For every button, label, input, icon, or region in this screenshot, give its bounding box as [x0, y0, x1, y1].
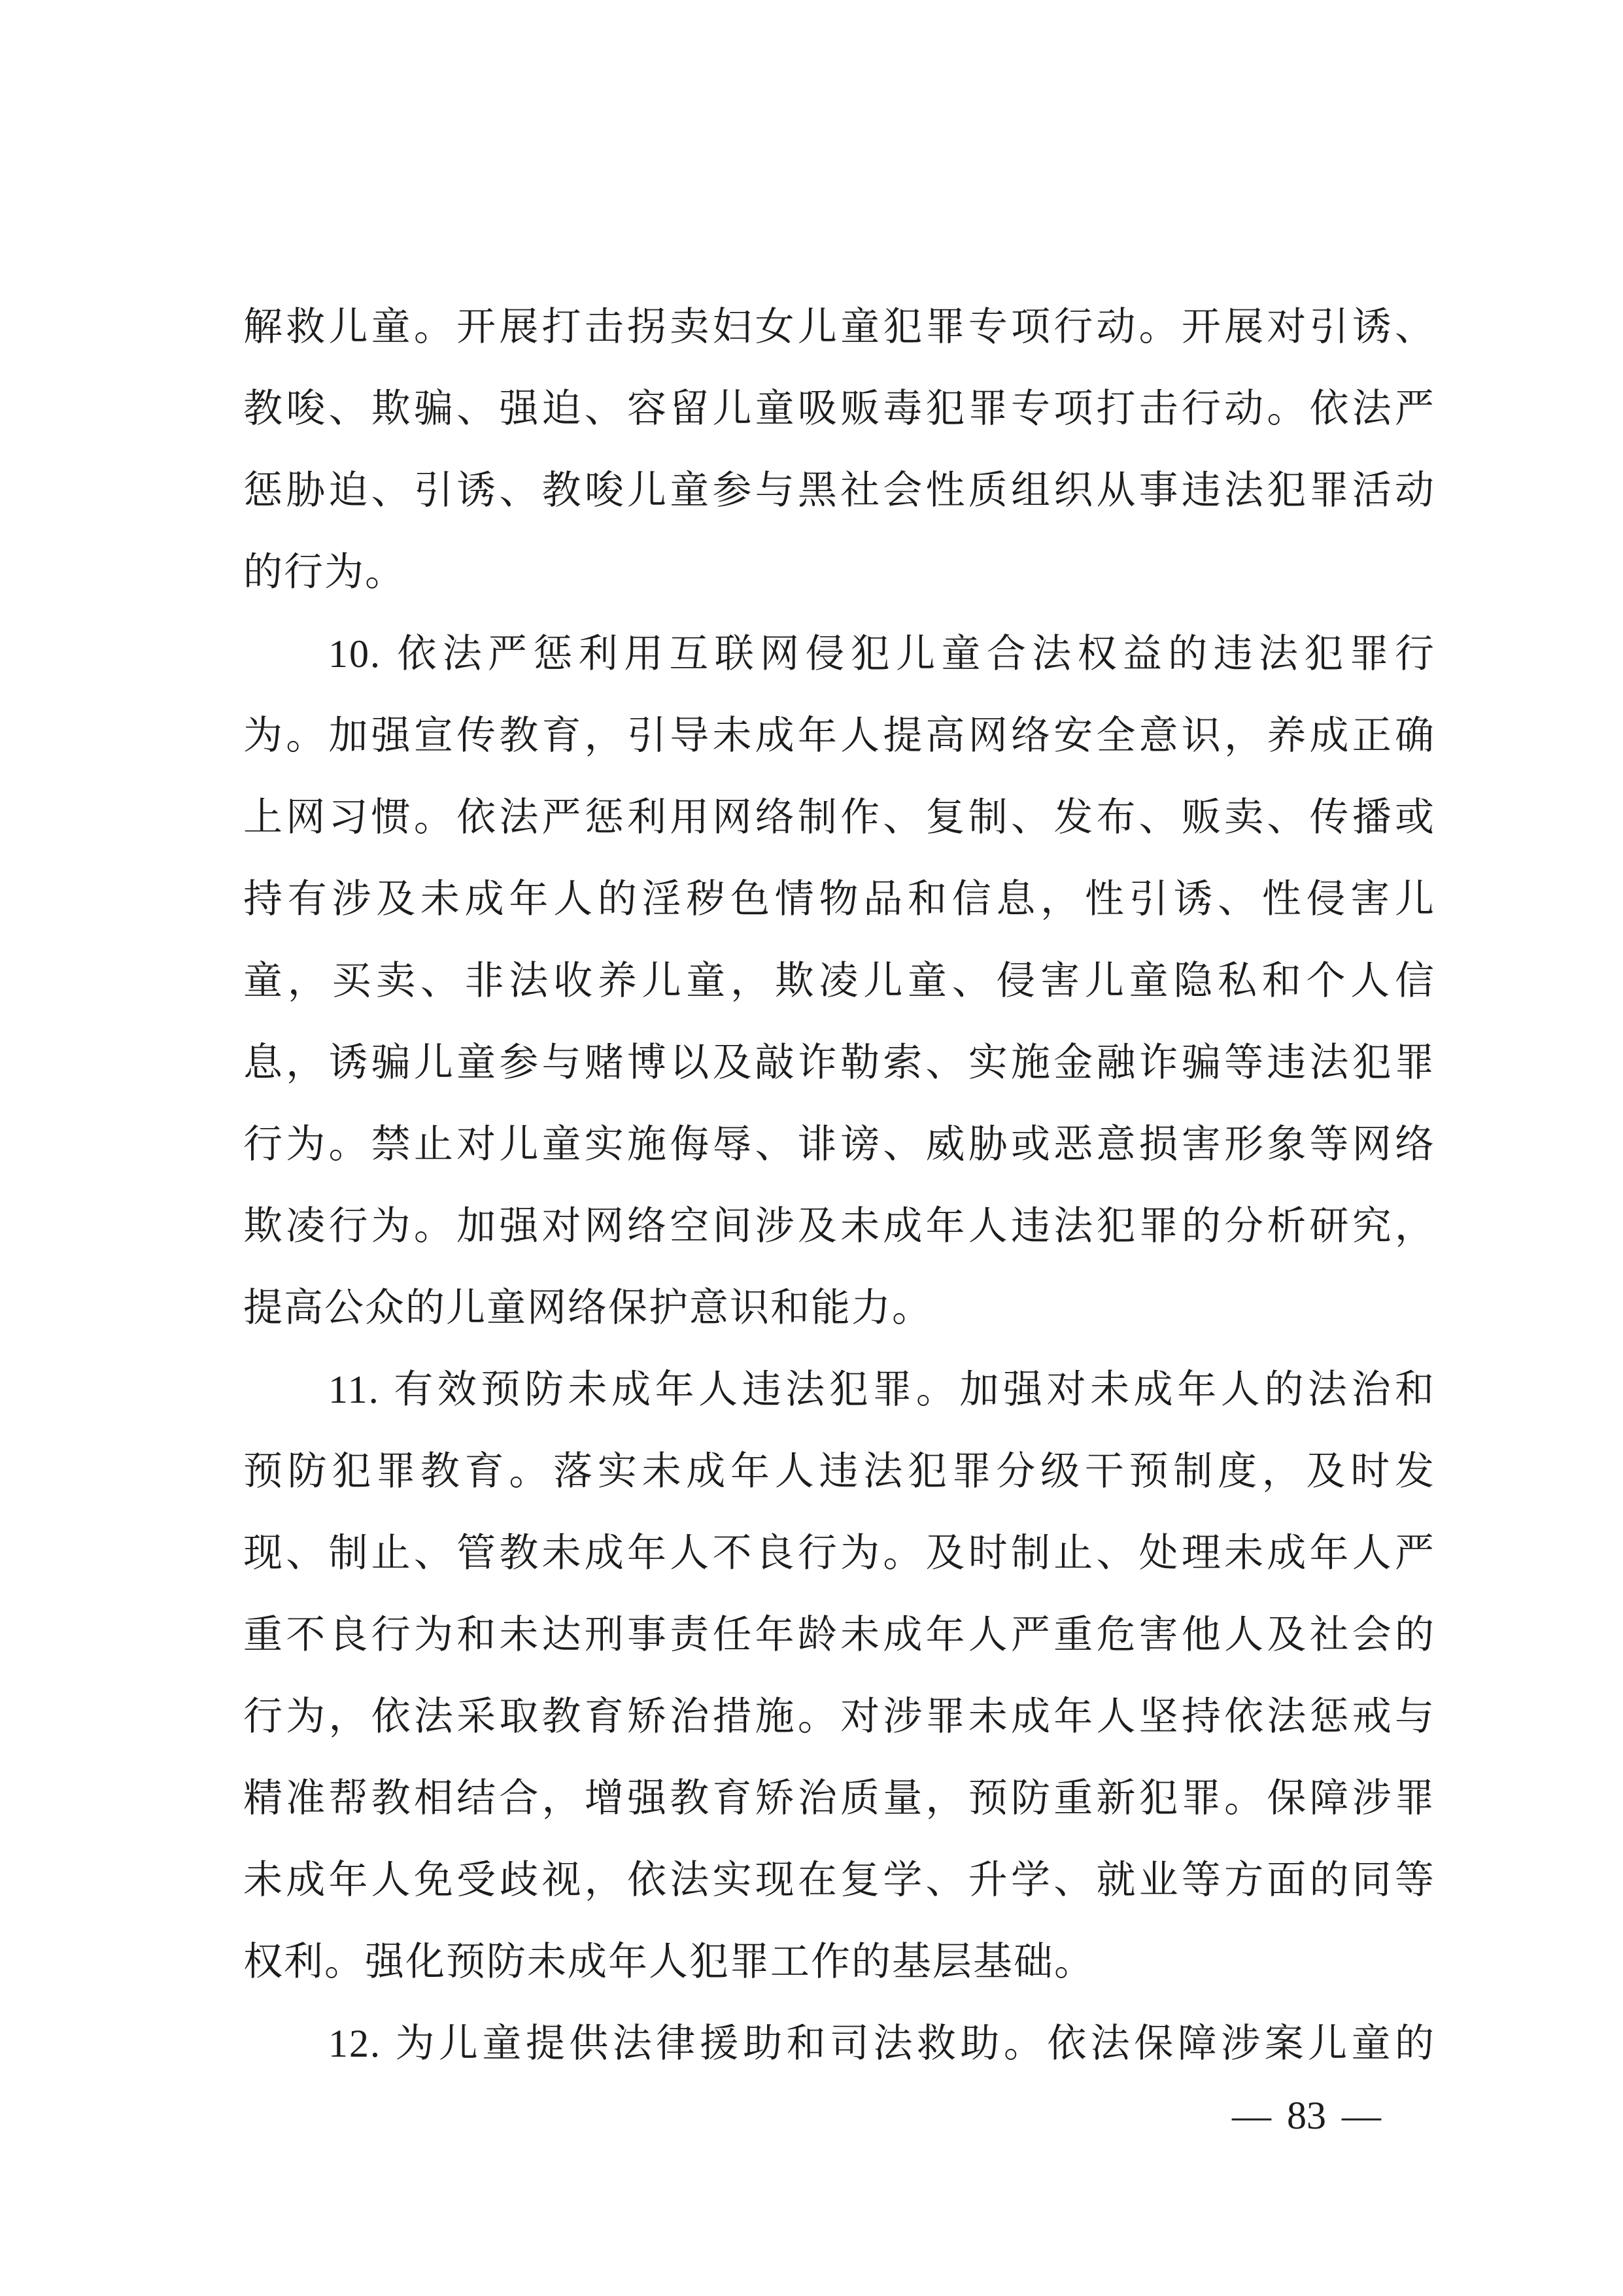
- text-line: 行为。禁止对儿童实施侮辱、诽谤、威胁或恶意损害形象等网络: [243, 1104, 1435, 1186]
- text-line: 未成年人免受歧视，依法实现在复学、升学、就业等方面的同等: [243, 1840, 1435, 1921]
- text-line: 提高公众的儿童网络保护意识和能力。: [243, 1267, 1435, 1349]
- text-line: 10. 依法严惩利用互联网侵犯儿童合法权益的违法犯罪行: [243, 613, 1435, 695]
- text-line: 息，诱骗儿童参与赌博以及敲诈勒索、实施金融诈骗等违法犯罪: [243, 1022, 1435, 1104]
- text-line: 精准帮教相结合，增强教育矫治质量，预防重新犯罪。保障涉罪: [243, 1758, 1435, 1840]
- text-line: 12. 为儿童提供法律援助和司法救助。依法保障涉案儿童的: [243, 2003, 1435, 2085]
- text-line: 童，买卖、非法收养儿童，欺凌儿童、侵害儿童隐私和个人信: [243, 940, 1435, 1022]
- text-line: 教唆、欺骗、强迫、容留儿童吸贩毒犯罪专项打击行动。依法严: [243, 368, 1435, 450]
- text-line: 持有涉及未成年人的淫秽色情物品和信息，性引诱、性侵害儿: [243, 859, 1435, 940]
- footer-dash-right: —: [1342, 2093, 1381, 2138]
- document-page: 解救儿童。开展打击拐卖妇女儿童犯罪专项行动。开展对引诱、教唆、欺骗、强迫、容留儿…: [0, 0, 1623, 2296]
- page-number: 83: [1287, 2093, 1326, 2138]
- text-line: 预防犯罪教育。落实未成年人违法犯罪分级干预制度，及时发: [243, 1431, 1435, 1513]
- page-footer: — 83 —: [1232, 2093, 1381, 2138]
- text-line: 行为，依法采取教育矫治措施。对涉罪未成年人坚持依法惩戒与: [243, 1676, 1435, 1758]
- text-line: 为。加强宣传教育，引导未成年人提高网络安全意识，养成正确: [243, 695, 1435, 777]
- text-line: 解救儿童。开展打击拐卖妇女儿童犯罪专项行动。开展对引诱、: [243, 286, 1435, 368]
- text-line: 现、制止、管教未成年人不良行为。及时制止、处理未成年人严: [243, 1513, 1435, 1594]
- text-line: 重不良行为和未达刑事责任年龄未成年人严重危害他人及社会的: [243, 1594, 1435, 1676]
- text-line: 上网习惯。依法严惩利用网络制作、复制、发布、贩卖、传播或: [243, 777, 1435, 859]
- footer-dash-left: —: [1232, 2093, 1271, 2138]
- text-line: 11. 有效预防未成年人违法犯罪。加强对未成年人的法治和: [243, 1349, 1435, 1431]
- body-text: 解救儿童。开展打击拐卖妇女儿童犯罪专项行动。开展对引诱、教唆、欺骗、强迫、容留儿…: [243, 286, 1435, 2085]
- text-line: 的行为。: [243, 532, 1435, 613]
- text-line: 权利。强化预防未成年人犯罪工作的基层基础。: [243, 1921, 1435, 2003]
- text-line: 欺凌行为。加强对网络空间涉及未成年人违法犯罪的分析研究，: [243, 1186, 1435, 1267]
- text-line: 惩胁迫、引诱、教唆儿童参与黑社会性质组织从事违法犯罪活动: [243, 450, 1435, 532]
